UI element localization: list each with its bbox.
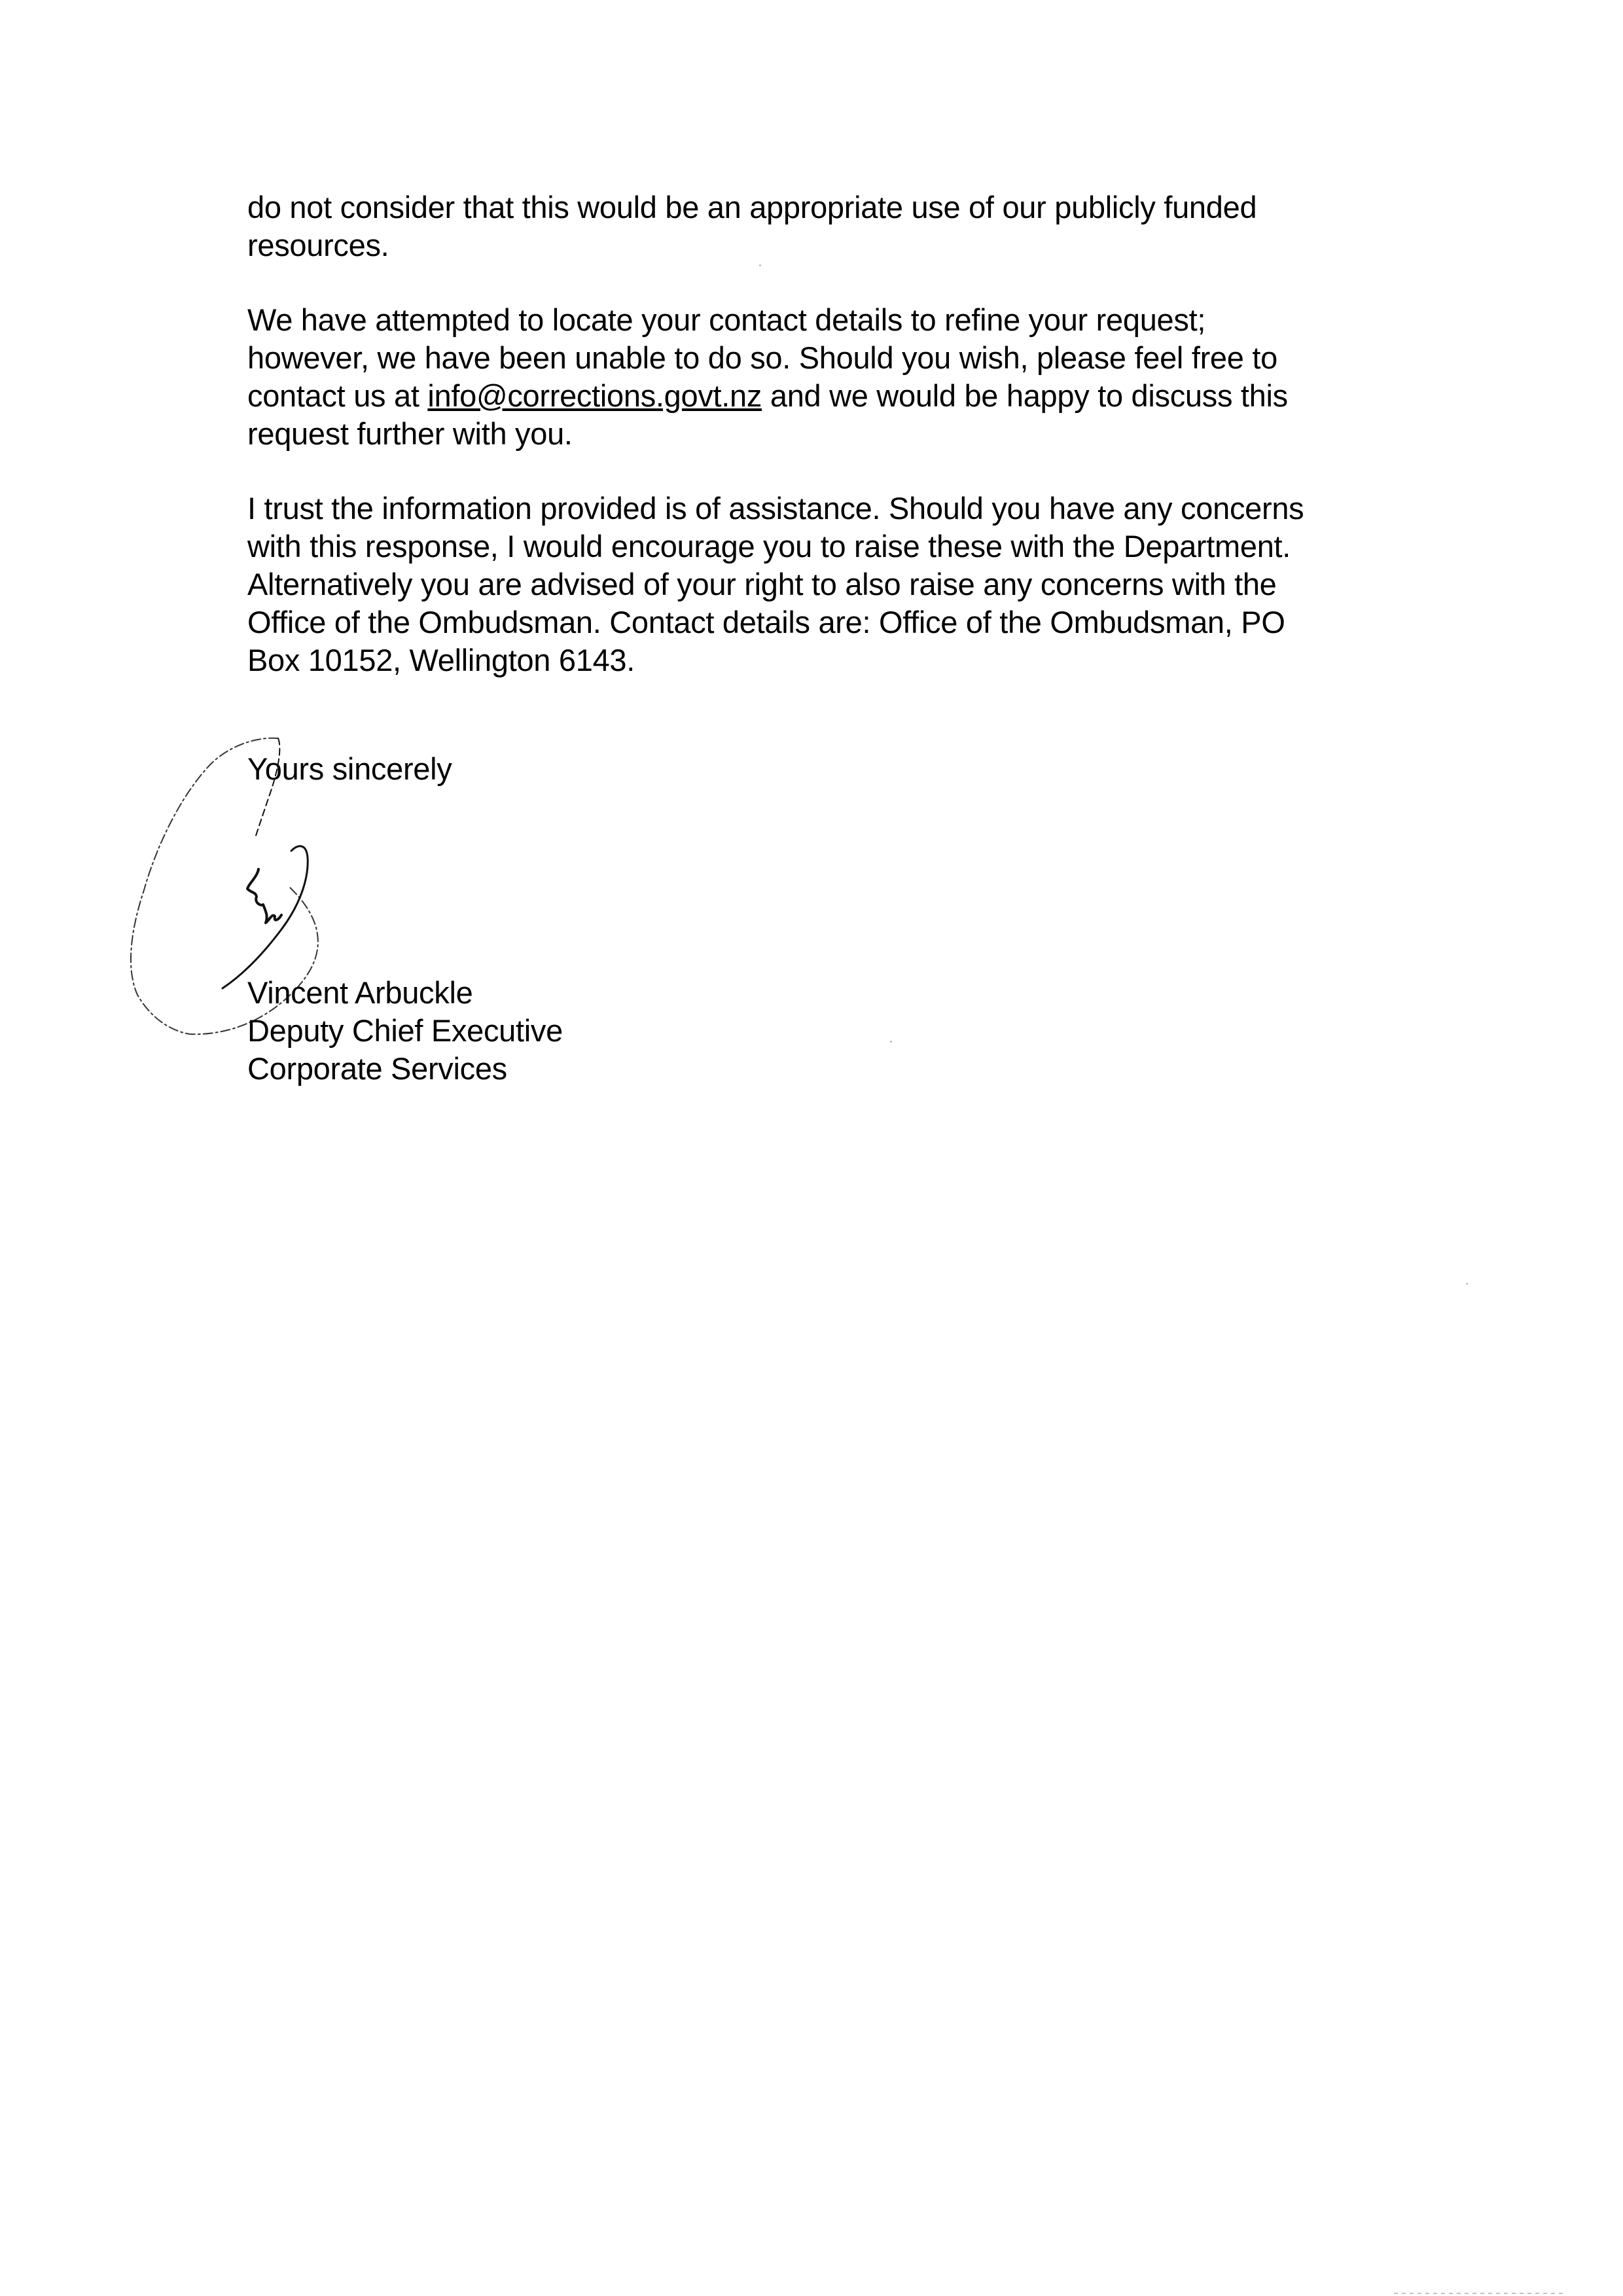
scan-speck (1466, 1283, 1468, 1285)
handwritten-signature-icon (118, 720, 641, 1100)
paragraph-contact: We have attempted to locate your contact… (247, 301, 1425, 453)
text-line: We have attempted to locate your contact… (247, 301, 1425, 339)
email-link[interactable]: info@corrections.govt.nz (427, 378, 762, 413)
text-line: contact us at info@corrections.govt.nz a… (247, 377, 1425, 415)
scan-speck (890, 1041, 892, 1043)
text-fragment: and we would be happy to discuss this (762, 378, 1288, 413)
letter-page: do not consider that this would be an ap… (0, 0, 1623, 2296)
text-line: with this response, I would encourage yo… (247, 528, 1425, 565)
text-line: request further with you. (247, 415, 1425, 453)
scan-speck (759, 264, 761, 266)
scan-artifact (1394, 2293, 1564, 2294)
text-line: however, we have been unable to do so. S… (247, 339, 1425, 377)
text-line: do not consider that this would be an ap… (247, 188, 1425, 226)
text-line: Alternatively you are advised of your ri… (247, 565, 1425, 603)
paragraph-ombudsman: I trust the information provided is of a… (247, 490, 1425, 679)
text-line: resources. (247, 226, 1425, 264)
text-line: Box 10152, Wellington 6143. (247, 641, 1425, 679)
text-fragment: contact us at (247, 378, 427, 413)
text-line: Office of the Ombudsman. Contact details… (247, 603, 1425, 641)
text-line: I trust the information provided is of a… (247, 490, 1425, 528)
paragraph-resources: do not consider that this would be an ap… (247, 188, 1425, 264)
